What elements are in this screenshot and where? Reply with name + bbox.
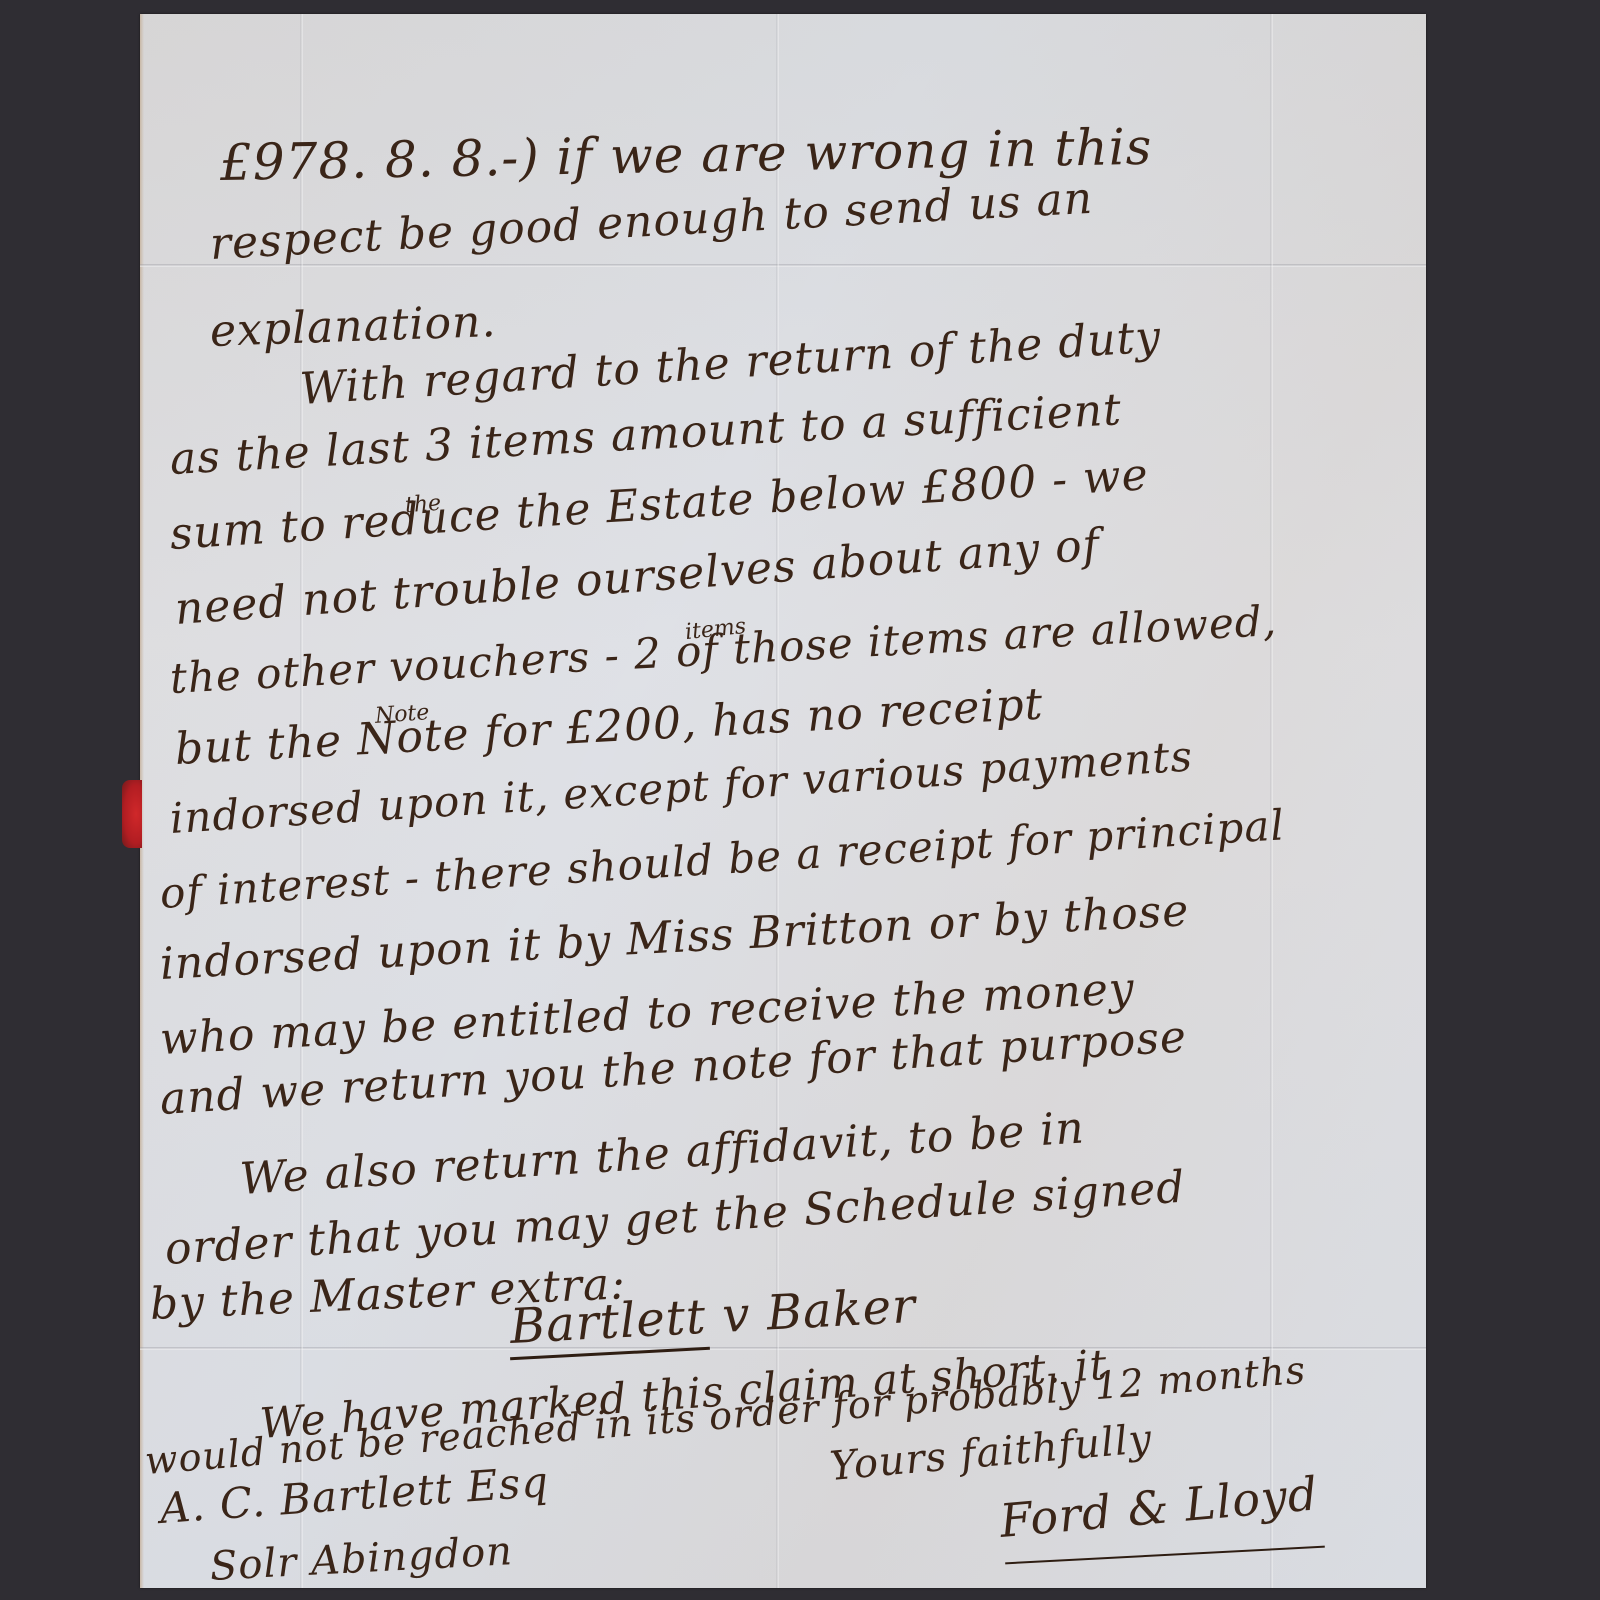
closing: Yours faithfully: [828, 1416, 1154, 1490]
signature-flourish: [1005, 1546, 1325, 1565]
letter-sheet: £978. 8. 8.-) if we are wrong in this re…: [140, 14, 1426, 1588]
fold-line: [140, 264, 1426, 267]
wax-seal-fragment: [122, 780, 142, 848]
addressee-place: Solr Abingdon: [209, 1528, 514, 1590]
fold-line: [140, 1347, 1426, 1350]
insertion-the: the: [404, 491, 442, 518]
letter-line-3: explanation.: [209, 296, 497, 357]
insertion-note: Note: [374, 700, 430, 729]
